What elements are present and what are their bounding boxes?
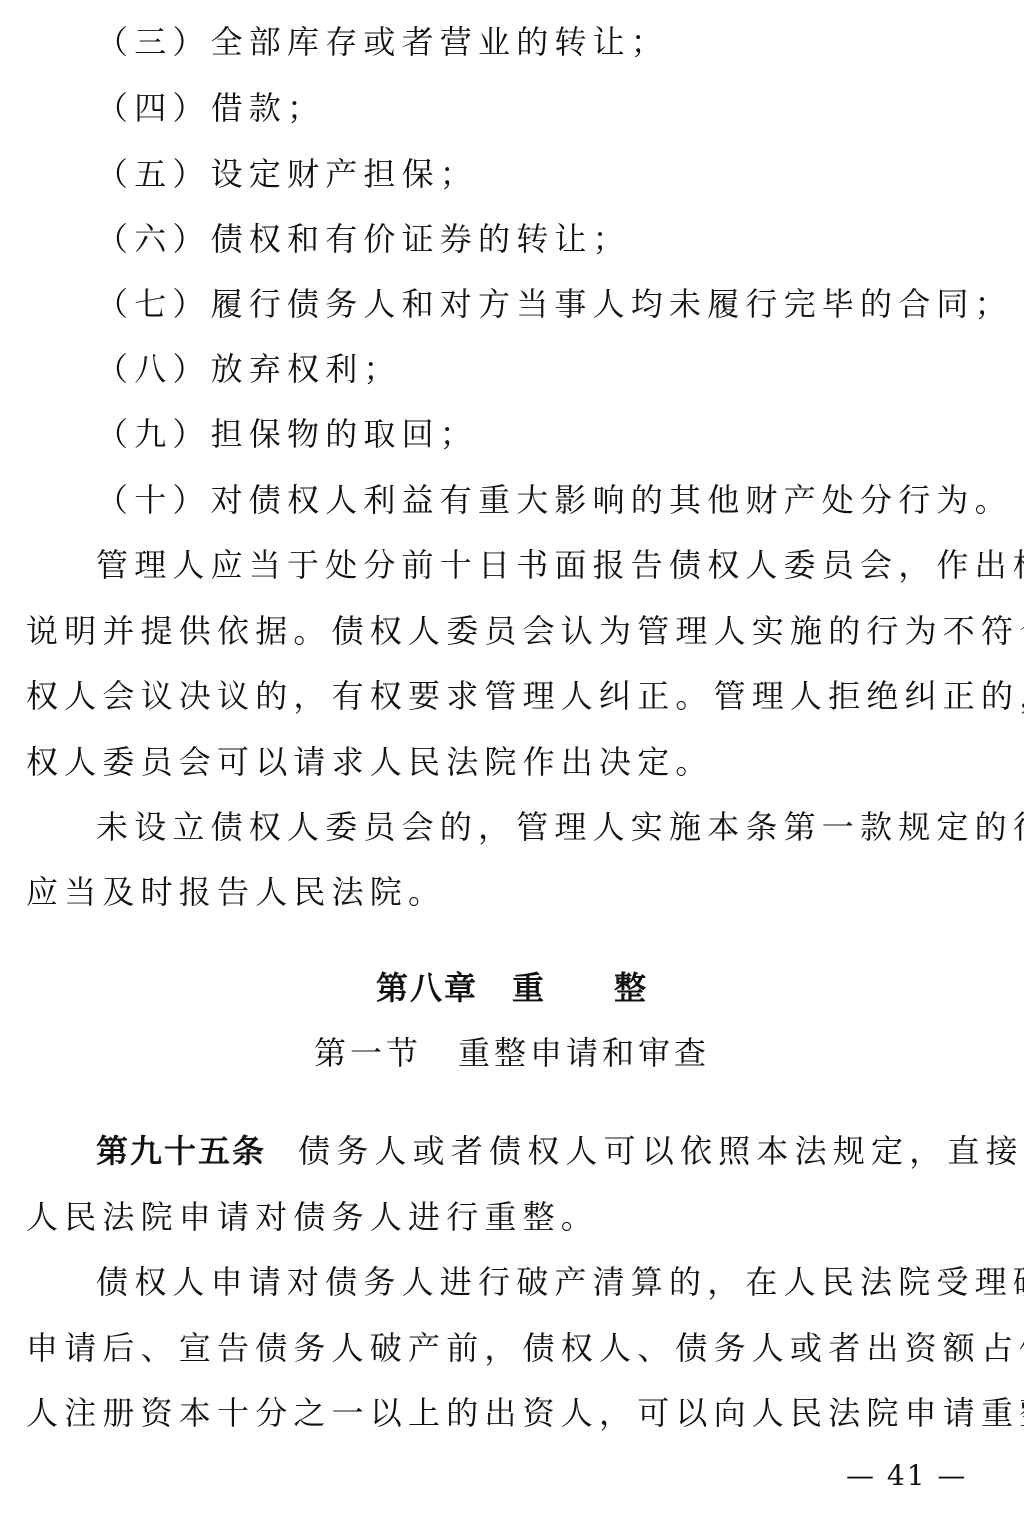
paragraph-line: 申请后、宣告债务人破产前，债权人、债务人或者出资额占债务: [26, 1328, 1024, 1368]
page-number: — 41 —: [846, 1456, 967, 1496]
paragraph-line: 债权人申请对债务人进行破产清算的，在人民法院受理破产: [96, 1262, 1024, 1302]
paragraph-line: 权人委员会可以请求人民法院作出决定。: [26, 742, 714, 782]
list-item-9: （九）担保物的取回；: [96, 414, 478, 454]
list-item-3: （三）全部库存或者营业的转让；: [96, 22, 669, 62]
chapter-heading: 第八章 重 整: [0, 968, 1024, 1008]
section-heading: 第一节 重整申请和审查: [0, 1033, 1024, 1073]
paragraph-line: 管理人应当于处分前十日书面报告债权人委员会，作出相应: [96, 545, 1024, 585]
paragraph-line: 未设立债权人委员会的，管理人实施本条第一款规定的行为: [96, 807, 1024, 847]
list-item-5: （五）设定财产担保；: [96, 154, 478, 194]
article-line: 人民法院申请对债务人进行重整。: [26, 1197, 599, 1237]
paragraph-line: 应当及时报告人民法院。: [26, 872, 446, 912]
list-item-7: （七）履行债务人和对方当事人均未履行完毕的合同；: [96, 284, 1013, 324]
list-item-4: （四）借款；: [96, 88, 325, 128]
list-item-6: （六）债权和有价证券的转让；: [96, 219, 631, 259]
article-text: 债务人或者债权人可以依照本法规定，直接向: [298, 1132, 1024, 1170]
list-item-10: （十）对债权人利益有重大影响的其他财产处分行为。: [96, 480, 1013, 520]
paragraph-line: 人注册资本十分之一以上的出资人，可以向人民法院申请重整。: [26, 1393, 1024, 1433]
list-item-8: （八）放弃权利；: [96, 349, 402, 389]
article-line: 第九十五条债务人或者债权人可以依照本法规定，直接向: [96, 1131, 1024, 1171]
article-number: 第九十五条: [96, 1132, 266, 1170]
paragraph-line: 权人会议决议的，有权要求管理人纠正。管理人拒绝纠正的，债: [26, 676, 1024, 716]
paragraph-line: 说明并提供依据。债权人委员会认为管理人实施的行为不符合债: [26, 611, 1024, 651]
